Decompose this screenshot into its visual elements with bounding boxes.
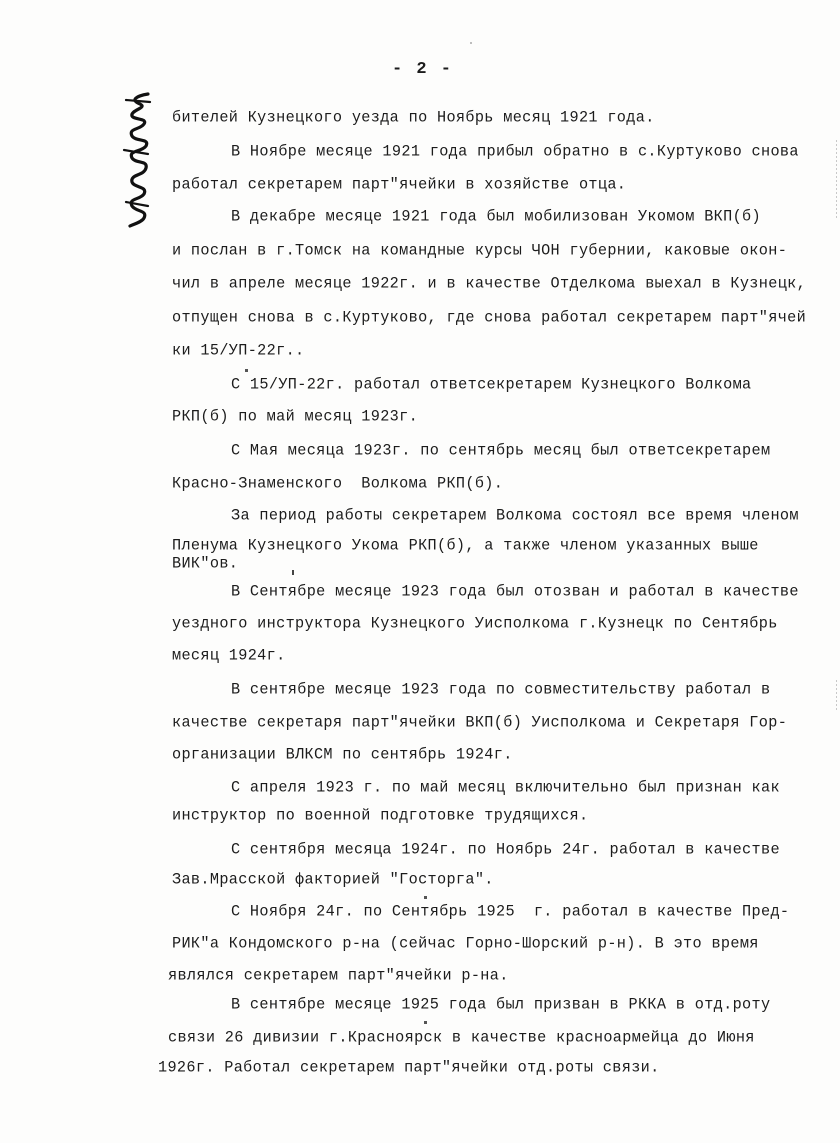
text-line: В Сентябре месяце 1923 года был отозван … xyxy=(231,582,799,601)
text-line: ки 15/УП-22г.. xyxy=(172,341,305,360)
text-line: отпущен снова в с.Куртуково, где снова р… xyxy=(172,308,806,327)
text-line: РИК"а Кондомского р-на (сейчас Горно-Шор… xyxy=(172,934,759,953)
text-line: работал секретарем парт"ячейки в хозяйст… xyxy=(172,175,626,194)
text-line: 1926г. Работал секретарем парт"ячейки от… xyxy=(158,1058,660,1077)
scan-speck xyxy=(470,42,472,44)
text-line: качестве секретаря парт"ячейки ВКП(б) Уи… xyxy=(172,713,787,732)
scan-speck xyxy=(424,1021,427,1024)
scan-speck xyxy=(245,369,248,372)
text-line: С 15/УП-22г. работал ответсекретарем Куз… xyxy=(231,375,752,394)
document-page: - 2 - Куртуков бителей Кузнецкого уезда … xyxy=(0,0,840,1143)
scan-edge-mark xyxy=(836,680,837,710)
text-line: Пленума Кузнецкого Укома РКП(б), а также… xyxy=(172,536,759,555)
text-line: являлся секретарем парт"ячейки р-на. xyxy=(168,966,509,985)
text-line: ВИК"ов. xyxy=(172,554,238,573)
text-line: Красно-Знаменского Волкома РКП(б). xyxy=(172,474,503,493)
scan-edge-mark xyxy=(836,140,837,220)
text-line: С сентября месяца 1924г. по Ноябрь 24г. … xyxy=(231,840,780,859)
text-line: бителей Кузнецкого уезда по Ноябрь месяц… xyxy=(172,108,655,127)
text-line: В Ноябре месяце 1921 года прибыл обратно… xyxy=(231,142,799,161)
text-line: С Мая месяца 1923г. по сентябрь месяц бы… xyxy=(231,441,770,460)
handwritten-signature: Куртуков xyxy=(118,90,158,230)
text-line: инструктор по военной подготовке трудящи… xyxy=(172,806,588,825)
text-line: месяц 1924г. xyxy=(172,646,286,665)
scan-speck xyxy=(292,570,294,575)
text-line: и послан в г.Томск на командные курсы ЧО… xyxy=(172,241,787,260)
text-line: В декабре месяце 1921 года был мобилизов… xyxy=(231,207,761,226)
text-line: Зав.Мрасской факторией "Госторга". xyxy=(172,870,494,889)
text-line: уездного инструктора Кузнецкого Уисполко… xyxy=(172,614,778,633)
text-line: чил в апреле месяце 1922г. и в качестве … xyxy=(172,274,806,293)
text-line: В сентябре месяце 1923 года по совместит… xyxy=(231,680,770,699)
text-line: За период работы секретарем Волкома сост… xyxy=(231,506,799,525)
text-line: С Ноября 24г. по Сентябрь 1925 г. работа… xyxy=(231,902,789,921)
text-line: связи 26 дивизии г.Красноярск в качестве… xyxy=(168,1028,755,1047)
text-line: организации ВЛКСМ по сентябрь 1924г. xyxy=(172,745,513,764)
text-line: РКП(б) по май месяц 1923г. xyxy=(172,407,418,426)
page-number: - 2 - xyxy=(0,60,840,79)
page-number-text: - 2 - xyxy=(392,60,453,79)
text-line: В сентябре месяце 1925 года был призван … xyxy=(231,995,770,1014)
text-line: С апреля 1923 г. по май месяц включитель… xyxy=(231,778,780,797)
scan-speck xyxy=(424,896,427,899)
